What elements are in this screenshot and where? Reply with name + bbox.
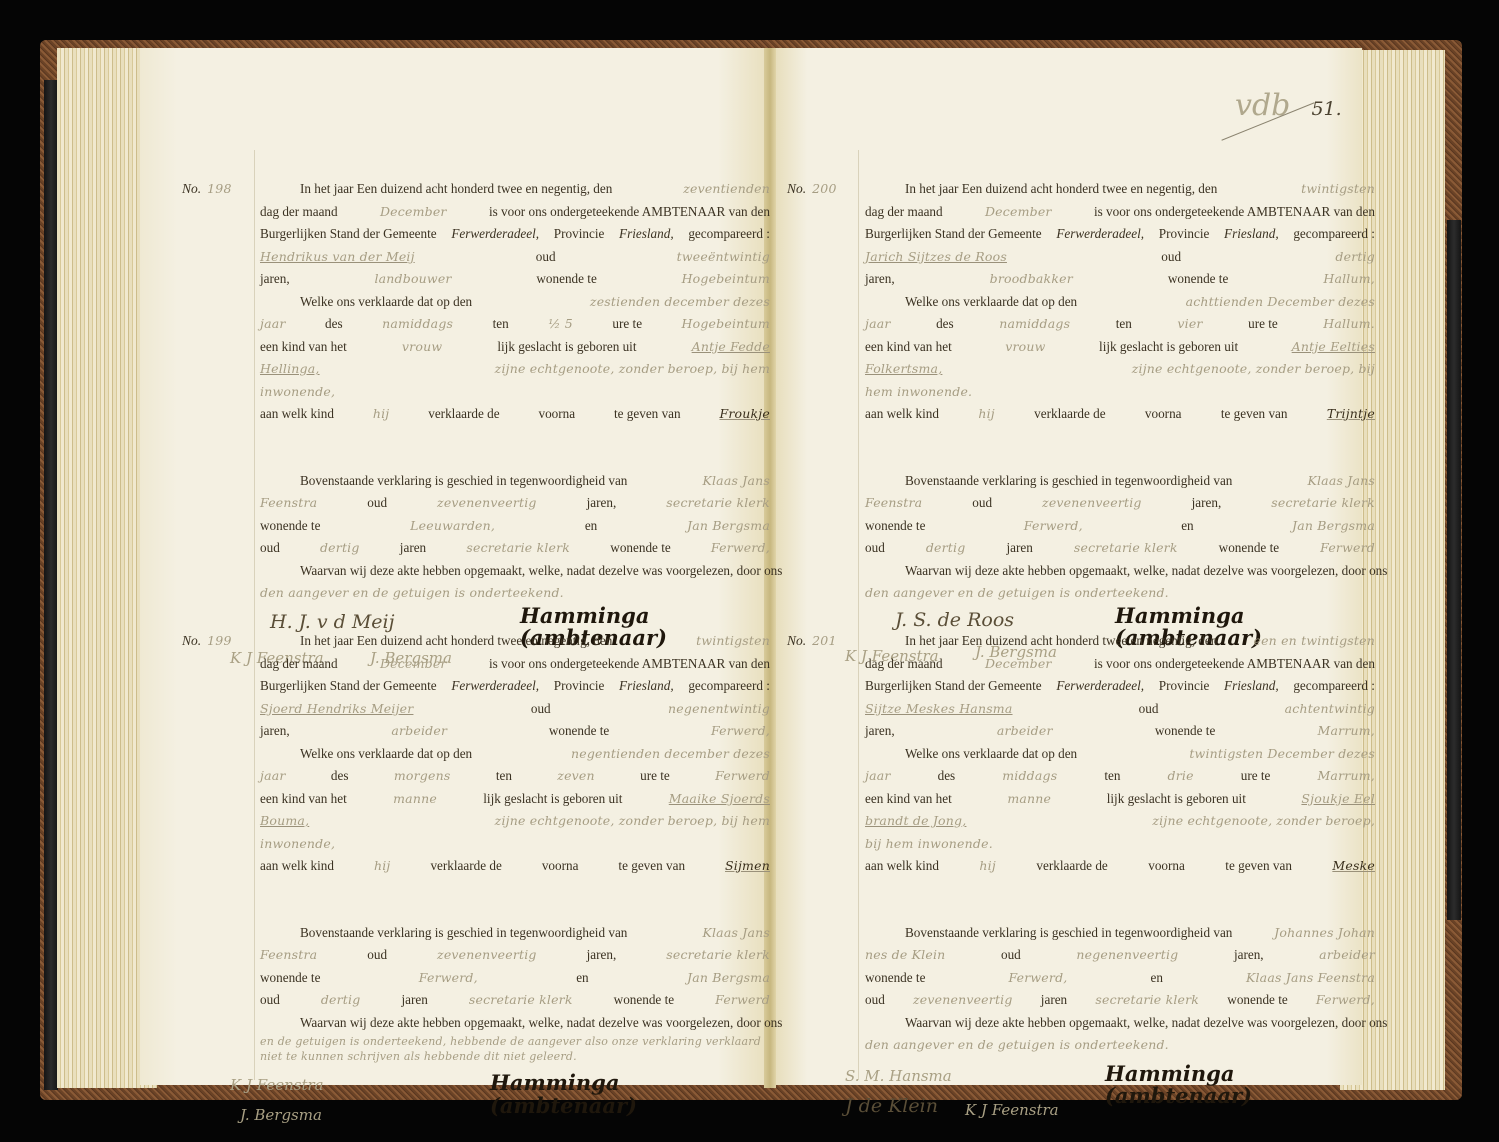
- printed-text: Provincie: [1159, 675, 1210, 698]
- handwritten-field: secretarie klerk: [666, 944, 770, 967]
- printed-text: jaren,: [587, 944, 617, 967]
- printed-text: Ferwerderadeel,: [451, 223, 539, 246]
- signatures: K J Feenstra J. Bergsma Hamminga (ambten…: [260, 1064, 770, 1134]
- handwritten-field: Ferwerd,: [419, 967, 478, 990]
- handwritten-field: manne: [393, 788, 437, 811]
- margin-rule-right: [858, 150, 859, 1080]
- printed-text: No.: [182, 633, 201, 648]
- handwritten-field: middags: [1002, 765, 1057, 788]
- handwritten-field: namiddags: [382, 313, 453, 336]
- handwritten-field: Hogebeintum: [682, 313, 770, 336]
- handwritten-field: twintigsten December dezes: [1189, 743, 1375, 766]
- handwritten-field: Feenstra: [260, 492, 317, 515]
- printed-text: te geven van: [618, 855, 685, 878]
- handwritten-field: dertig: [926, 537, 966, 560]
- handwritten-field: dertig: [321, 989, 361, 1012]
- printed-text: ure te: [1248, 313, 1278, 336]
- cover-corner-right: [1447, 220, 1461, 920]
- printed-text: Bovenstaande verklaring is geschied in t…: [905, 922, 1232, 945]
- printed-text: voorna: [542, 855, 579, 878]
- printed-text: jaren,: [260, 720, 290, 743]
- printed-text: wonende te: [1168, 268, 1228, 291]
- printed-text: Friesland,: [1224, 223, 1279, 246]
- printed-text: gecompareerd :: [1293, 223, 1375, 246]
- handwritten-field: zeven: [557, 765, 595, 788]
- printed-text: dag der maand: [865, 653, 943, 676]
- handwritten-field: Maaike Sjoerds: [669, 788, 770, 811]
- handwritten-field: December: [985, 653, 1052, 676]
- printed-text: verklaarde de: [428, 403, 499, 426]
- handwritten-field: zijne echtgenoote, zonder beroep, bij he…: [495, 810, 770, 833]
- handwritten-field: arbeider: [997, 720, 1053, 743]
- handwritten-field: inwonende,: [260, 833, 335, 856]
- printed-text: is voor ons ondergeteekende AMBTENAAR va…: [1094, 653, 1375, 676]
- handwritten-field: zevenenveertig: [437, 944, 537, 967]
- folio-number: vdb 51.: [1235, 88, 1342, 123]
- folio-page-number: 51.: [1311, 98, 1341, 120]
- handwritten-field: Ferwerd: [715, 765, 770, 788]
- printed-text: No.: [787, 181, 806, 196]
- handwritten-field: Ferwerd: [715, 989, 770, 1012]
- handwritten-field: secretarie klerk: [666, 492, 770, 515]
- handwritten-field: vier: [1177, 313, 1202, 336]
- printed-text: Provincie: [554, 223, 605, 246]
- printed-text: jaren,: [865, 720, 895, 743]
- printed-text: te geven van: [1221, 403, 1288, 426]
- handwritten-field: Klaas Jans: [702, 470, 770, 493]
- handwritten-field: ½ 5: [548, 313, 573, 336]
- printed-text: jaren: [1006, 537, 1032, 560]
- handwritten-field: Klaas Jans: [702, 922, 770, 945]
- printed-text: ure te: [612, 313, 642, 336]
- printed-text: dag der maand: [865, 201, 943, 224]
- printed-text: aan welk kind: [865, 855, 939, 878]
- printed-text: oud: [1161, 246, 1181, 269]
- handwritten-field: secretarie klerk: [1074, 537, 1178, 560]
- handwritten-field: Jan Bergsma: [687, 967, 770, 990]
- printed-text: een kind van het: [865, 336, 952, 359]
- handwritten-field: December: [380, 653, 447, 676]
- printed-text: Friesland,: [619, 223, 674, 246]
- handwritten-field: Marrum,: [1318, 720, 1375, 743]
- printed-text: Provincie: [1159, 223, 1210, 246]
- printed-text: oud: [865, 537, 885, 560]
- handwritten-field: twintigsten: [696, 630, 770, 653]
- signature: J de Klein: [845, 1095, 938, 1118]
- printed-text: Welke ons verklaarde dat op den: [905, 743, 1077, 766]
- handwritten-field: morgens: [394, 765, 451, 788]
- printed-text: des: [331, 765, 349, 788]
- signature: J. Bergsma: [240, 1104, 322, 1127]
- printed-text: Burgerlijken Stand der Gemeente: [865, 223, 1042, 246]
- handwritten-field: secretarie klerk: [469, 989, 573, 1012]
- printed-text: des: [938, 765, 956, 788]
- declarant-name: Jarich Sijtzes de Roos: [865, 246, 1007, 269]
- declarant-name: Sjoerd Hendriks Meijer: [260, 698, 413, 721]
- printed-text: gecompareerd :: [1293, 675, 1375, 698]
- printed-text: Ferwerderadeel,: [451, 675, 539, 698]
- signature: K J Feenstra: [230, 1074, 324, 1097]
- printed-text: voorna: [538, 403, 575, 426]
- handwritten-field: achtentwintig: [1285, 698, 1375, 721]
- printed-text: en: [576, 967, 588, 990]
- handwritten-field: secretarie klerk: [1095, 989, 1199, 1012]
- printed-text: een kind van het: [260, 788, 347, 811]
- printed-text: verklaarde de: [1036, 855, 1107, 878]
- printed-text: Bovenstaande verklaring is geschied in t…: [300, 922, 627, 945]
- printed-text: wonende te: [1227, 989, 1287, 1012]
- handwritten-field: arbeider: [1319, 944, 1375, 967]
- handwritten-field: Marrum,: [1317, 765, 1374, 788]
- printed-text: te geven van: [1225, 855, 1292, 878]
- handwritten-field: arbeider: [391, 720, 447, 743]
- declarant-name: Hendrikus van der Meij: [260, 246, 415, 269]
- printed-text: wonende te: [865, 967, 925, 990]
- handwritten-field: brandt de Jong,: [865, 810, 966, 833]
- child-name: Meske: [1332, 855, 1375, 878]
- printed-text: aan welk kind: [865, 403, 939, 426]
- printed-text: lijk geslacht is geboren uit: [1107, 788, 1246, 811]
- handwritten-field: 200: [812, 181, 836, 196]
- printed-text: wonende te: [614, 989, 674, 1012]
- handwritten-field: achttienden December dezes: [1186, 291, 1375, 314]
- printed-text: Friesland,: [1224, 675, 1279, 698]
- printed-text: oud: [531, 698, 551, 721]
- entry-number: No.200: [787, 178, 837, 201]
- handwritten-field: broodbakker: [990, 268, 1073, 291]
- printed-text: jaren,: [1192, 492, 1222, 515]
- printed-text: aan welk kind: [260, 855, 334, 878]
- printed-text: Waarvan wij deze akte hebben opgemaakt, …: [905, 560, 1387, 583]
- printed-text: Welke ons verklaarde dat op den: [905, 291, 1077, 314]
- signatures: S. M. Hansma J de Klein K J Feenstra Ham…: [865, 1057, 1375, 1127]
- declarant-name: Sijtze Meskes Hansma: [865, 698, 1013, 721]
- handwritten-field: den aangever en de getuigen is onderteek…: [865, 1034, 1169, 1057]
- handwritten-field: hij: [373, 403, 390, 426]
- printed-text: Waarvan wij deze akte hebben opgemaakt, …: [300, 1012, 782, 1035]
- handwritten-field: landbouwer: [374, 268, 451, 291]
- handwritten-field: 201: [812, 633, 836, 648]
- printed-text: des: [936, 313, 954, 336]
- printed-text: ten: [1116, 313, 1132, 336]
- handwritten-field: tweeëntwintig: [677, 246, 770, 269]
- handwritten-field: den aangever en de getuigen is onderteek…: [260, 582, 564, 605]
- printed-text: Waarvan wij deze akte hebben opgemaakt, …: [300, 560, 782, 583]
- printed-text: Bovenstaande verklaring is geschied in t…: [300, 470, 627, 493]
- folio-initials: vdb: [1235, 88, 1290, 123]
- printed-text: oud: [367, 944, 387, 967]
- printed-text: oud: [865, 989, 885, 1012]
- printed-text: oud: [536, 246, 556, 269]
- entry-number: No.199: [182, 630, 232, 653]
- child-name: Sijmen: [725, 855, 770, 878]
- handwritten-field: jaar: [865, 313, 891, 336]
- printed-text: ten: [496, 765, 512, 788]
- printed-text: ten: [1104, 765, 1120, 788]
- printed-text: In het jaar Een duizend acht honderd twe…: [905, 630, 1217, 653]
- handwritten-field: December: [380, 201, 447, 224]
- printed-text: Ferwerderadeel,: [1056, 223, 1144, 246]
- signature: Hamminga (ambtenaar): [490, 1072, 770, 1117]
- handwritten-field: dertig: [320, 537, 360, 560]
- printed-text: een kind van het: [865, 788, 952, 811]
- handwritten-field: 199: [207, 633, 231, 648]
- handwritten-field: Folkertsma,: [865, 358, 942, 381]
- printed-text: Welke ons verklaarde dat op den: [300, 291, 472, 314]
- handwritten-field: jaar: [260, 313, 286, 336]
- printed-text: voorna: [1148, 855, 1185, 878]
- handwritten-field: inwonende,: [260, 381, 335, 404]
- signature: K J Feenstra: [965, 1099, 1059, 1122]
- printed-text: oud: [260, 537, 280, 560]
- handwritten-field: Klaas Jans Feenstra: [1246, 967, 1375, 990]
- handwritten-field: hij: [979, 855, 996, 878]
- handwritten-field: zijne echtgenoote, zonder beroep, bij: [1132, 358, 1375, 381]
- handwritten-field: zevenenveertig: [437, 492, 537, 515]
- handwritten-field: Hallum,: [1323, 268, 1375, 291]
- handwritten-field: Klaas Jans: [1307, 470, 1375, 493]
- printed-text: jaren: [401, 989, 427, 1012]
- handwritten-field: zestienden december dezes: [590, 291, 770, 314]
- signature: Hamminga (ambtenaar): [1105, 1063, 1375, 1108]
- printed-text: verklaarde de: [430, 855, 501, 878]
- handwritten-field: jaar: [260, 765, 286, 788]
- printed-text: wonende te: [536, 268, 596, 291]
- handwritten-field: Ferwerd,: [711, 720, 770, 743]
- handwritten-field: vrouw: [402, 336, 442, 359]
- printed-text: jaren: [1041, 989, 1067, 1012]
- handwritten-field: hem inwonende.: [865, 381, 972, 404]
- printed-text: gecompareerd :: [688, 675, 770, 698]
- printed-text: verklaarde de: [1034, 403, 1105, 426]
- printed-text: oud: [260, 989, 280, 1012]
- printed-text: oud: [367, 492, 387, 515]
- handwritten-field: Jan Bergsma: [1292, 515, 1375, 538]
- handwritten-field: Bouma,: [260, 810, 309, 833]
- handwritten-field: hij: [374, 855, 391, 878]
- handwritten-field: manne: [1007, 788, 1051, 811]
- handwritten-field: Leeuwarden,: [410, 515, 495, 538]
- handwritten-field: Ferwerd,: [1008, 967, 1067, 990]
- printed-text: Friesland,: [619, 675, 674, 698]
- entry-number: No.198: [182, 178, 232, 201]
- printed-text: oud: [1139, 698, 1159, 721]
- handwritten-field: secretarie klerk: [466, 537, 570, 560]
- child-name: Trijntje: [1327, 403, 1375, 426]
- printed-text: wonende te: [549, 720, 609, 743]
- handwritten-field: Feenstra: [865, 492, 922, 515]
- handwritten-field: negenenveertig: [1076, 944, 1178, 967]
- handwritten-field: zijne echtgenoote, zonder beroep, bij he…: [495, 358, 770, 381]
- printed-text: Waarvan wij deze akte hebben opgemaakt, …: [905, 1012, 1387, 1035]
- entry-number: No.201: [787, 630, 837, 653]
- printed-text: voorna: [1145, 403, 1182, 426]
- printed-text: en: [1181, 515, 1193, 538]
- handwritten-field: zeventienden: [683, 178, 770, 201]
- printed-text: is voor ons ondergeteekende AMBTENAAR va…: [1094, 201, 1375, 224]
- printed-text: lijk geslacht is geboren uit: [483, 788, 622, 811]
- printed-text: wonende te: [610, 537, 670, 560]
- cover-corner-left: [44, 80, 58, 1090]
- signature: S. M. Hansma: [845, 1065, 952, 1088]
- handwritten-field: Ferwerd: [1320, 537, 1375, 560]
- handwritten-field: twintigsten: [1301, 178, 1375, 201]
- handwritten-field: Ferwerd,: [1024, 515, 1083, 538]
- printed-text: is voor ons ondergeteekende AMBTENAAR va…: [489, 653, 770, 676]
- printed-text: wonende te: [260, 515, 320, 538]
- printed-text: oud: [1001, 944, 1021, 967]
- handwritten-field: zevenenveertig: [1042, 492, 1142, 515]
- printed-text: jaren,: [260, 268, 290, 291]
- handwritten-field: December: [985, 201, 1052, 224]
- handwritten-field: zevenenveertig: [913, 989, 1013, 1012]
- handwritten-field: namiddags: [999, 313, 1070, 336]
- printed-text: Provincie: [554, 675, 605, 698]
- handwritten-field: den aangever en de getuigen is onderteek…: [865, 582, 1169, 605]
- handwritten-field: en de getuigen is onderteekend, hebbende…: [260, 1034, 770, 1064]
- printed-text: dag der maand: [260, 201, 338, 224]
- printed-text: ure te: [1241, 765, 1271, 788]
- printed-text: In het jaar Een duizend acht honderd twe…: [300, 630, 612, 653]
- handwritten-field: secretarie klerk: [1271, 492, 1375, 515]
- handwritten-field: negentienden december dezes: [571, 743, 770, 766]
- handwritten-field: nes de Klein: [865, 944, 945, 967]
- printed-text: wonende te: [1219, 537, 1279, 560]
- handwritten-field: dertig: [1335, 246, 1375, 269]
- handwritten-field: Hellinga,: [260, 358, 320, 381]
- printed-text: een kind van het: [260, 336, 347, 359]
- printed-text: is voor ons ondergeteekende AMBTENAAR va…: [489, 201, 770, 224]
- handwritten-field: zijne echtgenoote, zonder beroep,: [1152, 810, 1375, 833]
- printed-text: No.: [787, 633, 806, 648]
- handwritten-field: Ferwerd,: [1316, 989, 1375, 1012]
- printed-text: Burgerlijken Stand der Gemeente: [260, 223, 437, 246]
- handwritten-field: Jan Bergsma: [687, 515, 770, 538]
- handwritten-field: jaar: [865, 765, 891, 788]
- handwritten-field: Sjoukje Eel: [1301, 788, 1375, 811]
- printed-text: jaren: [400, 537, 426, 560]
- handwritten-field: Antje Fedde: [692, 336, 770, 359]
- printed-text: en: [1150, 967, 1162, 990]
- handwritten-field: Antje Eelties: [1292, 336, 1375, 359]
- printed-text: jaren,: [1234, 944, 1264, 967]
- printed-text: jaren,: [865, 268, 895, 291]
- printed-text: Burgerlijken Stand der Gemeente: [865, 675, 1042, 698]
- handwritten-field: vrouw: [1005, 336, 1045, 359]
- printed-text: gecompareerd :: [688, 223, 770, 246]
- printed-text: te geven van: [614, 403, 681, 426]
- handwritten-field: een en twintigsten: [1253, 630, 1375, 653]
- printed-text: wonende te: [260, 967, 320, 990]
- handwritten-field: 198: [207, 181, 231, 196]
- child-name: Froukje: [719, 403, 769, 426]
- printed-text: Ferwerderadeel,: [1056, 675, 1144, 698]
- handwritten-field: bij hem inwonende.: [865, 833, 993, 856]
- printed-text: lijk geslacht is geboren uit: [1099, 336, 1238, 359]
- printed-text: des: [325, 313, 343, 336]
- printed-text: Bovenstaande verklaring is geschied in t…: [905, 470, 1232, 493]
- printed-text: en: [585, 515, 597, 538]
- printed-text: In het jaar Een duizend acht honderd twe…: [300, 178, 612, 201]
- handwritten-field: hij: [978, 403, 995, 426]
- printed-text: aan welk kind: [260, 403, 334, 426]
- printed-text: wonende te: [1155, 720, 1215, 743]
- printed-text: In het jaar Een duizend acht honderd twe…: [905, 178, 1217, 201]
- printed-text: ure te: [640, 765, 670, 788]
- handwritten-field: Feenstra: [260, 944, 317, 967]
- signature: J. S. de Roos: [895, 609, 1014, 632]
- printed-text: Burgerlijken Stand der Gemeente: [260, 675, 437, 698]
- printed-text: Welke ons verklaarde dat op den: [300, 743, 472, 766]
- printed-text: ten: [493, 313, 509, 336]
- handwritten-field: drie: [1168, 765, 1194, 788]
- handwritten-field: Hallum.: [1323, 313, 1375, 336]
- printed-text: jaren,: [587, 492, 617, 515]
- handwritten-field: Hogebeintum: [682, 268, 770, 291]
- printed-text: lijk geslacht is geboren uit: [497, 336, 636, 359]
- printed-text: oud: [972, 492, 992, 515]
- printed-text: No.: [182, 181, 201, 196]
- handwritten-field: negenentwintig: [668, 698, 770, 721]
- printed-text: wonende te: [865, 515, 925, 538]
- handwritten-field: Johannes Johan: [1274, 922, 1375, 945]
- handwritten-field: Ferwerd,: [711, 537, 770, 560]
- margin-rule-left: [254, 150, 255, 1080]
- printed-text: dag der maand: [260, 653, 338, 676]
